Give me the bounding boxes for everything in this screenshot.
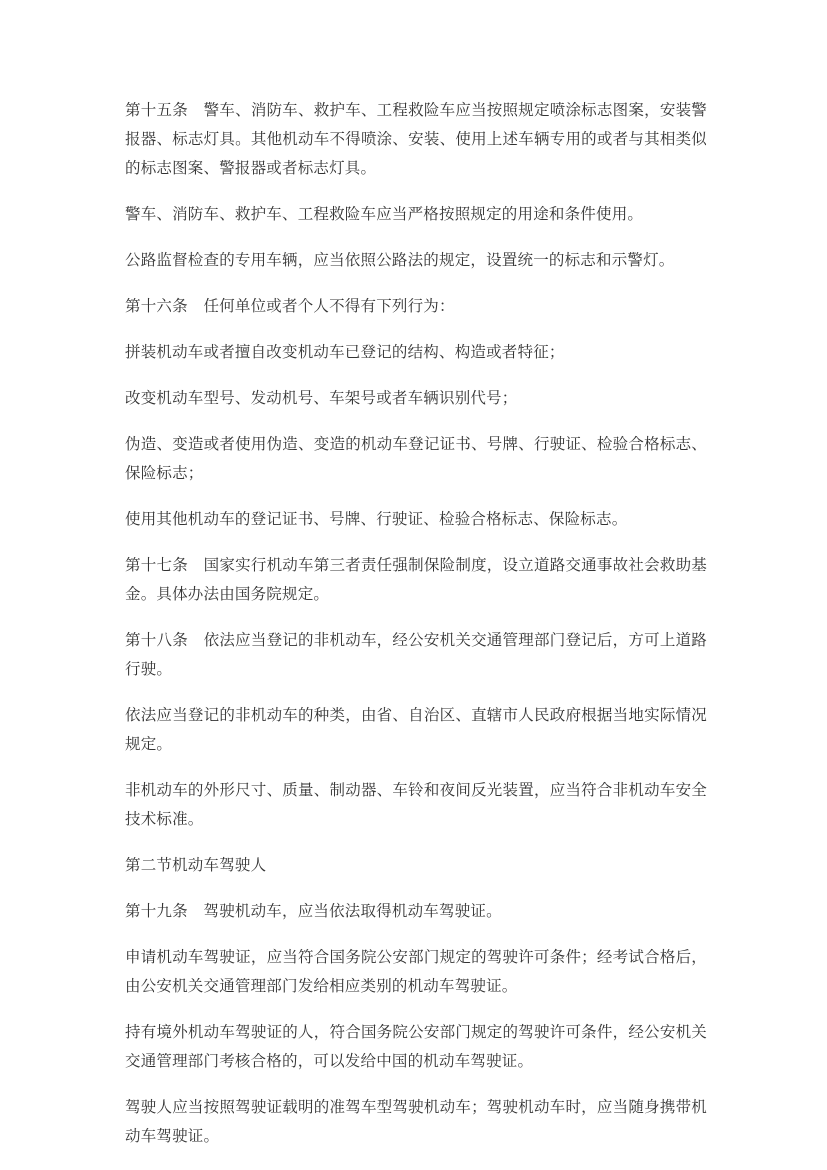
article-18-clause-1: 第十八条 依法应当登记的非机动车，经公安机关交通管理部门登记后，方可上道路行驶。	[125, 626, 707, 684]
article-18-clause-3: 非机动车的外形尺寸、质量、制动器、车铃和夜间反光装置，应当符合非机动车安全技术标…	[125, 776, 707, 834]
article-17: 第十七条 国家实行机动车第三者责任强制保险制度，设立道路交通事故社会救助基金。具…	[125, 551, 707, 609]
article-18-clause-2: 依法应当登记的非机动车的种类，由省、自治区、直辖市人民政府根据当地实际情况规定。	[125, 701, 707, 759]
article-16-item-3: 伪造、变造或者使用伪造、变造的机动车登记证书、号牌、行驶证、检验合格标志、保险标…	[125, 430, 707, 488]
article-15-clause-3: 公路监督检查的专用车辆，应当依照公路法的规定，设置统一的标志和示警灯。	[125, 246, 707, 275]
article-19-clause-2: 申请机动车驾驶证，应当符合国务院公安部门规定的驾驶许可条件；经考试合格后，由公安…	[125, 943, 707, 1001]
article-19-clause-4: 驾驶人应当按照驾驶证载明的准驾车型驾驶机动车；驾驶机动车时，应当随身携带机动车驾…	[125, 1093, 707, 1151]
document-page: 第十五条 警车、消防车、救护车、工程救险车应当按照规定喷涂标志图案，安装警报器、…	[0, 0, 827, 1170]
article-19-clause-3: 持有境外机动车驾驶证的人，符合国务院公安部门规定的驾驶许可条件，经公安机关交通管…	[125, 1018, 707, 1076]
article-16-item-2: 改变机动车型号、发动机号、车架号或者车辆识别代号；	[125, 384, 707, 413]
article-16-item-4: 使用其他机动车的登记证书、号牌、行驶证、检验合格标志、保险标志。	[125, 505, 707, 534]
article-15-clause-1: 第十五条 警车、消防车、救护车、工程救险车应当按照规定喷涂标志图案，安装警报器、…	[125, 96, 707, 183]
section-2-heading: 第二节机动车驾驶人	[125, 851, 707, 880]
article-16-item-1: 拼装机动车或者擅自改变机动车已登记的结构、构造或者特征；	[125, 338, 707, 367]
article-15-clause-2: 警车、消防车、救护车、工程救险车应当严格按照规定的用途和条件使用。	[125, 200, 707, 229]
article-16-intro: 第十六条 任何单位或者个人不得有下列行为：	[125, 292, 707, 321]
article-19-clause-1: 第十九条 驾驶机动车，应当依法取得机动车驾驶证。	[125, 897, 707, 926]
